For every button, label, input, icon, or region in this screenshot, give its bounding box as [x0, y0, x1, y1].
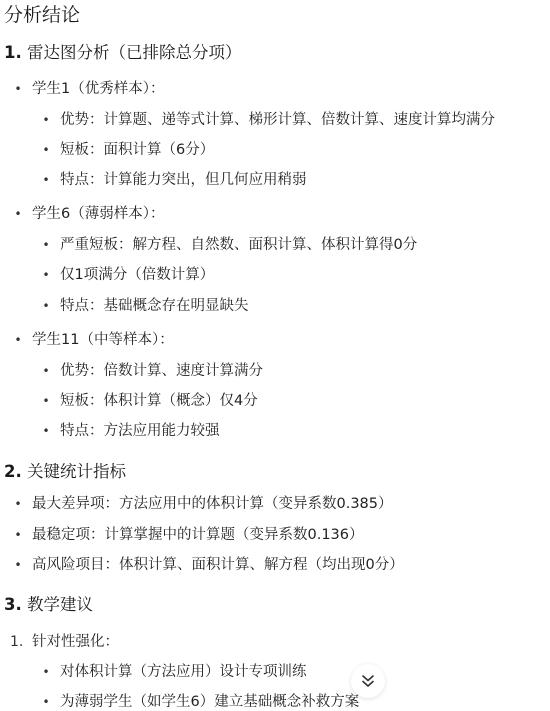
bullet-icon: • [41, 361, 51, 381]
list-item: • 短板：面积计算（6分） [60, 140, 214, 160]
list-item: • 最稳定项：计算掌握中的计算题（变异系数0.136） [32, 525, 364, 545]
section-title: 雷达图分析（已排除总分项） [27, 43, 242, 62]
section-title: 关键统计指标 [27, 462, 126, 481]
bullet-icon: • [13, 79, 23, 99]
list-item-student-11: • 学生11（中等样本）： [32, 330, 174, 350]
list-item: • 为薄弱学生（如学生6）建立基础概念补救方案 [60, 692, 359, 711]
bullet-icon: • [41, 692, 51, 711]
list-item: • 短板：体积计算（概念）仅4分 [60, 391, 258, 411]
bullet-icon: • [13, 494, 23, 514]
list-item: • 严重短板：解方程、自然数、面积计算、体积计算得0分 [60, 235, 417, 255]
bullet-icon: • [41, 296, 51, 316]
ordered-number: 1. [10, 632, 23, 652]
list-item: • 高风险项目：体积计算、面积计算、解方程（均出现0分） [32, 555, 404, 575]
ordered-item-targeted-reinforcement: 1. 针对性强化： [32, 632, 119, 652]
bullet-icon: • [13, 330, 23, 350]
section-number: 3. [4, 595, 22, 614]
section-number: 1. [4, 43, 22, 62]
bullet-icon: • [13, 204, 23, 224]
bullet-icon: • [41, 421, 51, 441]
list-item: • 对体积计算（方法应用）设计专项训练 [60, 662, 307, 682]
bullet-icon: • [41, 391, 51, 411]
bullet-icon: • [41, 110, 51, 130]
bullet-icon: • [13, 555, 23, 575]
bullet-icon: • [41, 235, 51, 255]
chevrons-down-icon [360, 673, 376, 689]
bullet-icon: • [41, 265, 51, 285]
section-heading-suggestions: 3. 教学建议 [4, 594, 93, 616]
list-item: • 特点：计算能力突出，但几何应用稍弱 [60, 170, 307, 190]
list-item-student-6: • 学生6（薄弱样本）： [32, 204, 164, 224]
list-item: • 仅1项满分（倍数计算） [60, 265, 214, 285]
section-heading-radar: 1. 雷达图分析（已排除总分项） [4, 42, 242, 64]
list-item: • 优势：倍数计算、速度计算满分 [60, 361, 263, 381]
list-item: • 最大差异项：方法应用中的体积计算（变异系数0.385） [32, 494, 393, 514]
list-item: • 优势：计算题、递等式计算、梯形计算、倍数计算、速度计算均满分 [60, 110, 495, 130]
bullet-icon: • [41, 170, 51, 190]
scroll-to-bottom-button[interactable] [351, 664, 385, 698]
bullet-icon: • [41, 140, 51, 160]
page-title: 分析结论 [4, 3, 80, 27]
section-number: 2. [4, 462, 22, 481]
list-item: • 特点：方法应用能力较强 [60, 421, 220, 441]
list-item: • 特点：基础概念存在明显缺失 [60, 296, 249, 316]
bullet-icon: • [13, 525, 23, 545]
section-heading-stats: 2. 关键统计指标 [4, 461, 126, 483]
section-title: 教学建议 [27, 595, 93, 614]
bullet-icon: • [41, 662, 51, 682]
list-item-student-1: • 学生1（优秀样本）： [32, 79, 164, 99]
